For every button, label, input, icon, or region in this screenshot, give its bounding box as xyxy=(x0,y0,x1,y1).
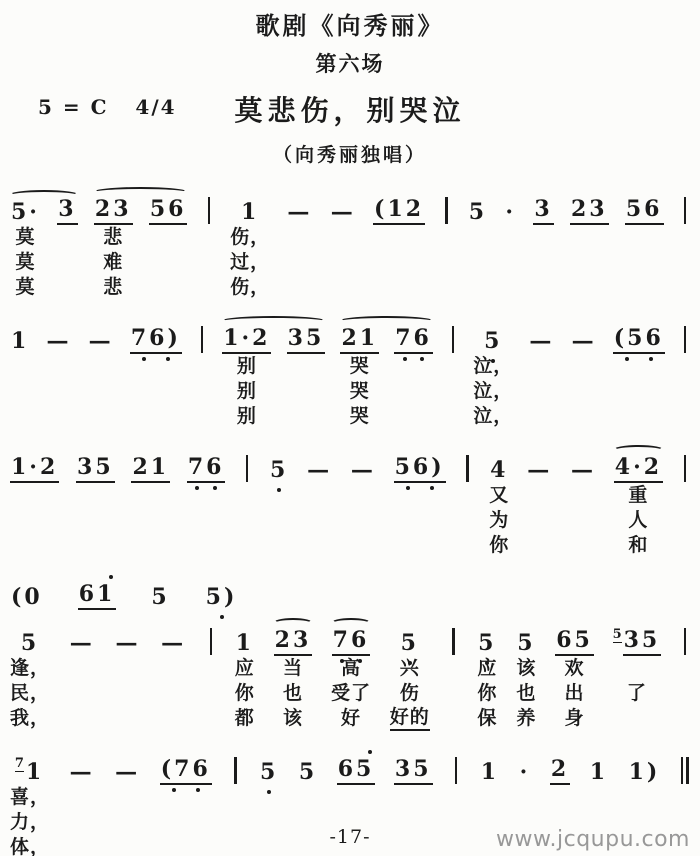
lyric-syllable: 又 xyxy=(489,483,509,508)
lyric-syllable: 出 xyxy=(565,681,585,706)
note: — xyxy=(114,760,141,785)
note: 65 xyxy=(337,757,376,785)
lyric-syllable: 应 xyxy=(235,656,255,681)
octave-dots-below xyxy=(396,357,431,361)
lyric-syllable: 民， xyxy=(10,681,50,706)
octave-dots-below xyxy=(479,661,495,665)
barline-token xyxy=(441,183,451,300)
note: 1·2 xyxy=(222,326,271,354)
barline-token xyxy=(448,312,458,429)
lyric-syllable: 喜， xyxy=(10,785,50,810)
barline xyxy=(686,757,689,784)
note: — xyxy=(528,329,555,354)
key-signature: 5 = C xyxy=(38,95,109,119)
note: 4 xyxy=(489,458,509,483)
sheet-music-page: 歌剧《向秀丽》 第六场 5 = C 4/4 莫悲伤，别哭泣 （向秀丽独唱） 5·… xyxy=(0,0,700,856)
note: 5 xyxy=(468,200,488,225)
note: 35 xyxy=(394,757,433,785)
note-token: 5逢，民，我， xyxy=(10,614,50,731)
note-token: — xyxy=(528,312,555,429)
note-token: 5) xyxy=(205,568,239,610)
lyric-syllable: 悲 xyxy=(103,275,123,300)
note-token: 5 xyxy=(269,441,289,558)
note: 5) xyxy=(205,585,239,610)
note: 3 xyxy=(57,197,77,225)
lyric-syllable: 我， xyxy=(10,706,50,731)
note-token: 23 xyxy=(570,183,609,300)
note: 1 xyxy=(480,760,500,785)
note-token: — xyxy=(571,312,598,429)
lyric-syllable: 当 xyxy=(283,656,303,681)
barline-token xyxy=(680,614,690,731)
lyric-syllable: 你 xyxy=(235,681,255,706)
octave-dot-below xyxy=(485,661,489,665)
note-token: 1·2别别别 xyxy=(222,312,271,429)
note: — xyxy=(350,458,377,483)
note: (0 xyxy=(10,585,44,610)
note: 61 xyxy=(78,582,117,610)
lyric-syllable: 兴 xyxy=(400,656,420,681)
octave-dot-above xyxy=(109,575,113,579)
note: 35 xyxy=(76,455,115,483)
note-token: 23悲难悲 xyxy=(94,183,133,300)
performer-label: （向秀丽独唱） xyxy=(0,140,700,167)
barline-token xyxy=(462,441,472,558)
barline-token xyxy=(206,614,216,731)
note: 5 xyxy=(20,631,40,656)
note: 65 xyxy=(555,628,594,656)
note: — xyxy=(571,329,598,354)
lyric-syllable: 和 xyxy=(628,533,648,558)
note: 5· xyxy=(10,200,41,225)
note-token: 76) xyxy=(130,312,182,429)
grace-note: 7 xyxy=(15,756,24,772)
lyric-syllable: 重 xyxy=(628,483,648,508)
note-token: 5该也养 xyxy=(516,614,536,731)
note-token: (56 xyxy=(613,312,665,429)
lyric-syllable: 为 xyxy=(489,508,509,533)
note: — xyxy=(114,631,141,656)
octave-dot-below xyxy=(649,357,653,361)
note-token: — xyxy=(306,441,333,558)
note-token: — xyxy=(45,312,72,429)
note-token: 5泣，泣，泣， xyxy=(473,312,513,429)
note-token: — xyxy=(114,614,141,731)
barline-token xyxy=(680,441,690,558)
barline xyxy=(201,326,204,353)
note-token: 23当也该 xyxy=(274,614,313,731)
score: 5·莫莫莫323悲难悲561伤，过，伤，——(125·323561——76)1·… xyxy=(0,167,700,856)
octave-dot-below xyxy=(277,488,281,492)
barline-token xyxy=(197,312,207,429)
note: 56) xyxy=(394,455,446,483)
note-token: · xyxy=(504,183,517,300)
lyric-syllable: 泣， xyxy=(473,354,513,379)
octave-dots-below xyxy=(189,486,224,490)
lyric-syllable: 莫 xyxy=(15,275,35,300)
scene-title: 第六场 xyxy=(0,48,700,78)
note: 5 xyxy=(477,631,497,656)
lyric-syllable: 难 xyxy=(103,250,123,275)
note-token: 535了 xyxy=(613,614,662,731)
note-token: — xyxy=(286,183,313,300)
lyric-syllable: 别 xyxy=(237,379,257,404)
lyric-syllable: 哭 xyxy=(350,404,370,429)
barline xyxy=(455,757,458,784)
note-token: 1 xyxy=(10,312,30,429)
note-token: 5 xyxy=(150,568,170,610)
lyric-syllable: 受了 xyxy=(331,681,371,706)
grace-note: 5 xyxy=(613,627,622,643)
barline xyxy=(684,628,687,655)
note-token: 76 xyxy=(187,441,226,558)
note: — xyxy=(330,200,357,225)
octave-dot-below xyxy=(625,357,629,361)
note: 1 xyxy=(10,329,30,354)
note-token: — xyxy=(160,614,187,731)
barline-token xyxy=(680,183,690,300)
note: 23 xyxy=(94,197,133,225)
note: 76 xyxy=(187,455,226,483)
barline xyxy=(684,455,687,482)
octave-dot-below xyxy=(358,659,362,663)
octave-dot-below xyxy=(196,788,200,792)
note: 5 xyxy=(298,760,318,785)
note-token: — xyxy=(350,441,377,558)
lyric-syllable: 伤， xyxy=(230,225,270,250)
octave-dot-below xyxy=(491,359,495,363)
note-token: 76高受了好 xyxy=(331,614,371,731)
lyric-syllable: 欢 xyxy=(565,656,585,681)
lyric-syllable: 了 xyxy=(627,681,647,706)
note: 4·2 xyxy=(614,455,663,483)
note: — xyxy=(526,458,553,483)
octave-dot-above xyxy=(368,750,372,754)
note: 23 xyxy=(570,197,609,225)
note-token: 1·2 xyxy=(10,441,59,558)
octave-dot-below xyxy=(172,788,176,792)
note: (12 xyxy=(373,197,425,225)
barline xyxy=(246,455,249,482)
note-token: 5·莫莫莫 xyxy=(10,183,41,300)
note-token: 35 xyxy=(287,312,326,429)
barline xyxy=(208,197,211,224)
note: 76 xyxy=(394,326,433,354)
note-token: 56 xyxy=(625,183,664,300)
note: 1 xyxy=(235,631,255,656)
note: 1 xyxy=(589,760,609,785)
octave-dot-below xyxy=(213,486,217,490)
octave-dot-below xyxy=(340,659,344,663)
note-token: — xyxy=(570,441,597,558)
octave-dots-below xyxy=(271,488,287,492)
note: — xyxy=(286,200,313,225)
barline xyxy=(684,197,687,224)
note-token: — xyxy=(88,312,115,429)
note-token: 65欢出身 xyxy=(555,614,594,731)
note: 21 xyxy=(340,326,379,354)
barline xyxy=(452,628,455,655)
octave-dots-below xyxy=(334,659,369,663)
note-token: 1伤，过，伤， xyxy=(230,183,270,300)
note-token: 56 xyxy=(149,183,188,300)
note: 5 xyxy=(400,631,420,656)
lyric-syllable: 哭 xyxy=(350,379,370,404)
note: 76 xyxy=(332,628,371,656)
note: 5 xyxy=(259,760,279,785)
lyric-syllable: 保 xyxy=(477,706,497,731)
barline xyxy=(234,757,237,784)
lyric-syllable: 泣， xyxy=(473,404,513,429)
note-token: — xyxy=(330,183,357,300)
lyric-syllable: 你 xyxy=(477,681,497,706)
lyric-syllable: 好的 xyxy=(390,706,430,731)
note: — xyxy=(570,458,597,483)
barline xyxy=(466,455,469,482)
lyric-syllable: 也 xyxy=(283,681,303,706)
barline xyxy=(445,197,448,224)
note: — xyxy=(45,329,72,354)
note-token: 5兴伤好的 xyxy=(390,614,430,731)
note: 1·2 xyxy=(10,455,59,483)
lyric-syllable: 人 xyxy=(628,508,648,533)
note-token: — xyxy=(526,441,553,558)
octave-dots-below xyxy=(402,661,418,665)
lyric-syllable: 伤 xyxy=(400,681,420,706)
note: 35 xyxy=(287,326,326,354)
lyric-syllable: 也 xyxy=(516,681,536,706)
note: 35 xyxy=(623,628,662,656)
note: 5 xyxy=(483,329,503,354)
octave-dot-below xyxy=(420,357,424,361)
note: 56 xyxy=(149,197,188,225)
note-token: 76 xyxy=(394,312,433,429)
barline-token xyxy=(680,312,690,429)
note: 1 xyxy=(25,760,45,785)
note: 56 xyxy=(625,197,664,225)
note-token: (12 xyxy=(373,183,425,300)
octave-dots-below xyxy=(485,359,501,363)
note: — xyxy=(69,631,96,656)
header: 歌剧《向秀丽》 第六场 5 = C 4/4 莫悲伤，别哭泣 （向秀丽独唱） xyxy=(0,0,700,167)
time-signature: 4/4 xyxy=(135,95,176,119)
lyric-syllable: 该 xyxy=(516,656,536,681)
note: 5 xyxy=(516,631,536,656)
note: (76 xyxy=(160,757,212,785)
octave-dot-below xyxy=(142,357,146,361)
note: 5 xyxy=(150,585,170,610)
note: · xyxy=(504,200,517,225)
note-token: 35 xyxy=(76,441,115,558)
score-line: 5逢，民，我，———1应你都23当也该76高受了好5兴伤好的5应你保5该也养65… xyxy=(8,614,692,731)
barline xyxy=(681,757,684,784)
note-token: 21哭哭哭 xyxy=(340,312,379,429)
lyric-syllable: 逢， xyxy=(10,656,50,681)
note-token: 4·2重人和 xyxy=(614,441,663,558)
barline-token xyxy=(448,614,458,731)
note: 2 xyxy=(550,757,570,785)
octave-dot-below xyxy=(267,790,271,794)
note: (56 xyxy=(613,326,665,354)
octave-dots-below xyxy=(162,788,210,792)
note: 23 xyxy=(274,628,313,656)
octave-dot-below xyxy=(408,661,412,665)
note-token: 21 xyxy=(131,441,170,558)
note: 76) xyxy=(130,326,182,354)
note-token: 4又为你 xyxy=(489,441,509,558)
opera-title: 歌剧《向秀丽》 xyxy=(0,6,700,41)
note-token: 5 xyxy=(468,183,488,300)
lyric-syllable: 养 xyxy=(516,706,536,731)
octave-dot-below xyxy=(195,486,199,490)
lyric-syllable: 泣， xyxy=(473,379,513,404)
note: — xyxy=(160,631,187,656)
note: 1) xyxy=(628,760,662,785)
lyric-syllable: 莫 xyxy=(15,250,35,275)
lyric-syllable: 应 xyxy=(477,656,497,681)
score-line: 5·莫莫莫323悲难悲561伤，过，伤，——(125·32356 xyxy=(8,183,692,300)
lyric-syllable: 莫 xyxy=(15,225,35,250)
note-token: 56) xyxy=(394,441,446,558)
note: 3 xyxy=(533,197,553,225)
lyric-syllable: 过， xyxy=(230,250,270,275)
octave-dots-below xyxy=(132,357,180,361)
lyric-syllable: 伤， xyxy=(230,275,270,300)
octave-dots-below xyxy=(615,357,663,361)
barline xyxy=(684,326,687,353)
lyric-syllable: 都 xyxy=(235,706,255,731)
note-token: 1应你都 xyxy=(235,614,255,731)
song-title: 莫悲伤，别哭泣 xyxy=(234,94,465,127)
note: 5 xyxy=(269,458,289,483)
lyric-syllable: 别 xyxy=(237,404,257,429)
barline-token xyxy=(204,183,214,300)
score-line: (06155) xyxy=(8,568,692,610)
lyric-syllable: 你 xyxy=(489,533,509,558)
octave-dot-below xyxy=(430,486,434,490)
note: · xyxy=(519,760,532,785)
watermark: www.jcqupu.com xyxy=(496,827,690,852)
octave-dots-below xyxy=(396,486,444,490)
title-row: 5 = C 4/4 莫悲伤，别哭泣 xyxy=(0,91,700,131)
lyric-syllable: 身 xyxy=(565,706,585,731)
note: — xyxy=(88,329,115,354)
key-time-signature: 5 = C 4/4 xyxy=(38,95,177,119)
octave-dot-below xyxy=(406,486,410,490)
barline-token xyxy=(242,441,252,558)
note: 1 xyxy=(240,200,260,225)
note-token: 3 xyxy=(533,183,553,300)
note-token: (0 xyxy=(10,568,44,610)
lyric-syllable: 该 xyxy=(283,706,303,731)
score-line: 1·23521765——56)4又为你——4·2重人和 xyxy=(8,441,692,558)
octave-dot-below xyxy=(403,357,407,361)
lyric-syllable: 别 xyxy=(237,354,257,379)
barline xyxy=(452,326,455,353)
note-token: 5应你保 xyxy=(477,614,497,731)
barline xyxy=(210,628,213,655)
note-token: 3 xyxy=(57,183,77,300)
note-token: 61 xyxy=(78,568,117,610)
note: — xyxy=(69,760,96,785)
note: — xyxy=(306,458,333,483)
score-line: 1——76)1·2别别别3521哭哭哭765泣，泣，泣，——(56 xyxy=(8,312,692,429)
octave-dot-below xyxy=(166,357,170,361)
lyric-syllable: 好 xyxy=(341,706,361,731)
note-token: — xyxy=(69,614,96,731)
note: 21 xyxy=(131,455,170,483)
octave-dots-below xyxy=(261,790,277,794)
lyric-syllable: 哭 xyxy=(350,354,370,379)
lyric-syllable: 悲 xyxy=(103,225,123,250)
